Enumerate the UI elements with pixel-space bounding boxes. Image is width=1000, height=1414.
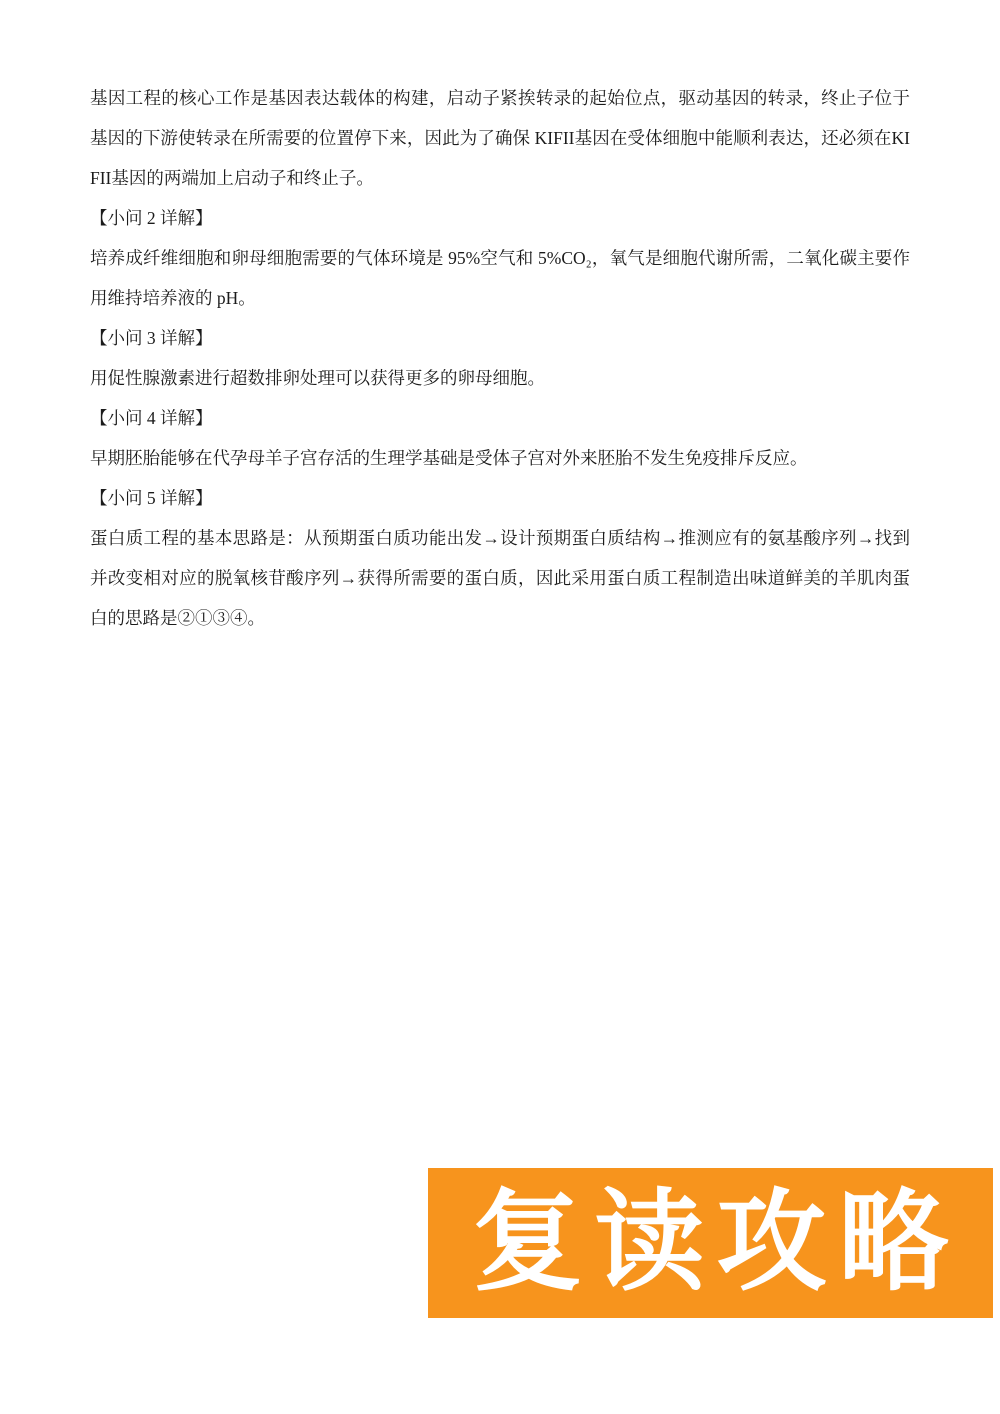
paragraph-answer-5: 蛋白质工程的基本思路是：从预期蛋白质功能出发→设计预期蛋白质结构→推测应有的氨基… xyxy=(90,518,910,638)
paragraph-answer-4: 早期胚胎能够在代孕母羊子宫存活的生理学基础是受体子宫对外来胚胎不发生免疫排斥反应… xyxy=(90,438,910,478)
section-heading-q3: 【小问 3 详解】 xyxy=(90,318,910,358)
paragraph-answer-3: 用促性腺激素进行超数排卵处理可以获得更多的卵母细胞。 xyxy=(90,358,910,398)
section-heading-q5: 【小问 5 详解】 xyxy=(90,478,910,518)
document-body: 基因工程的核心工作是基因表达载体的构建，启动子紧挨转录的起始位点，驱动基因的转录… xyxy=(90,78,910,638)
section-heading-q2: 【小问 2 详解】 xyxy=(90,198,910,238)
promo-banner-text: 复读攻略 xyxy=(473,1188,961,1298)
paragraph-answer-1: 基因工程的核心工作是基因表达载体的构建，启动子紧挨转录的起始位点，驱动基因的转录… xyxy=(90,78,910,198)
section-heading-q4: 【小问 4 详解】 xyxy=(90,398,910,438)
document-page: 基因工程的核心工作是基因表达载体的构建，启动子紧挨转录的起始位点，驱动基因的转录… xyxy=(0,0,1000,1414)
paragraph-answer-2: 培养成纤维细胞和卵母细胞需要的气体环境是 95%空气和 5%CO₂，氧气是细胞代… xyxy=(90,238,910,318)
promo-banner: 复读攻略 xyxy=(428,1168,993,1318)
